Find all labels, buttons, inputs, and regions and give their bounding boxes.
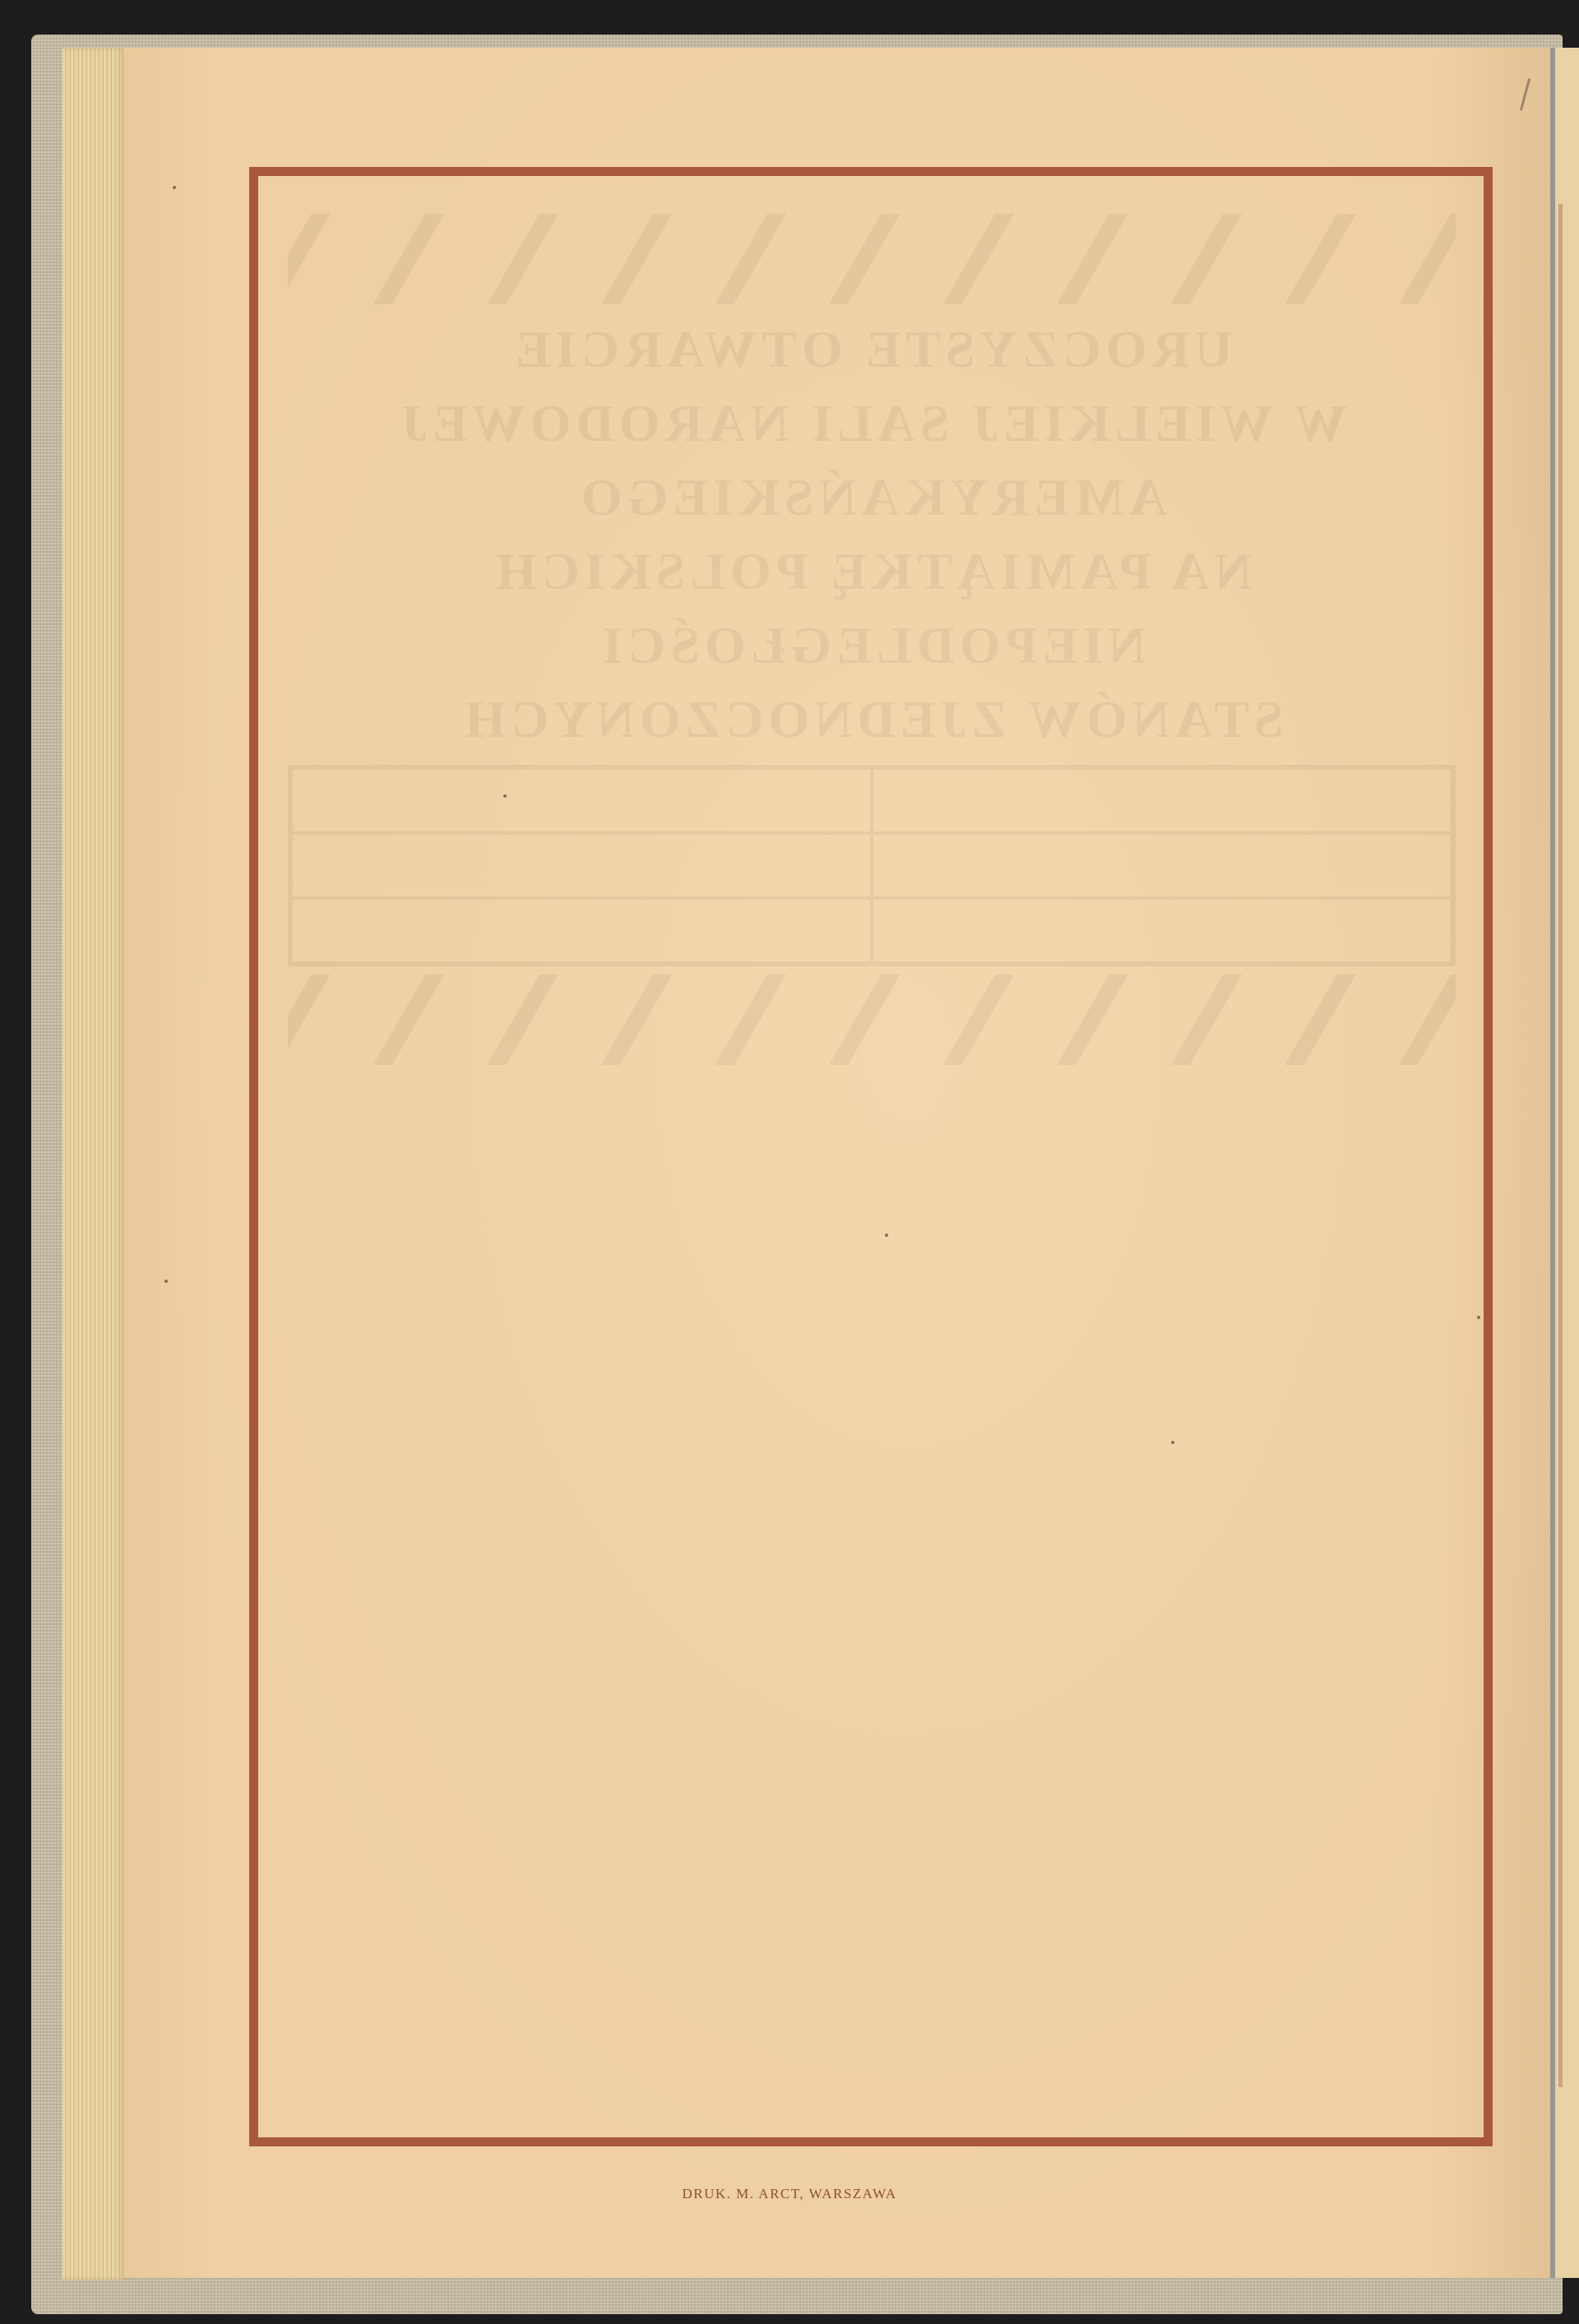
paper-speck [164,1280,168,1283]
paper-speck [503,794,507,798]
paper-speck [885,1234,888,1237]
paper-speck [1477,1316,1480,1319]
facing-page-edge [1550,48,1579,2278]
printed-border-frame [249,167,1493,2146]
paper-speck [173,186,176,189]
facing-page-border [1558,204,1579,2087]
page-edges [63,48,125,2280]
printer-imprint: DRUK. M. ARCT, WARSZAWA [0,2186,1579,2202]
paper-speck [1171,1441,1174,1444]
